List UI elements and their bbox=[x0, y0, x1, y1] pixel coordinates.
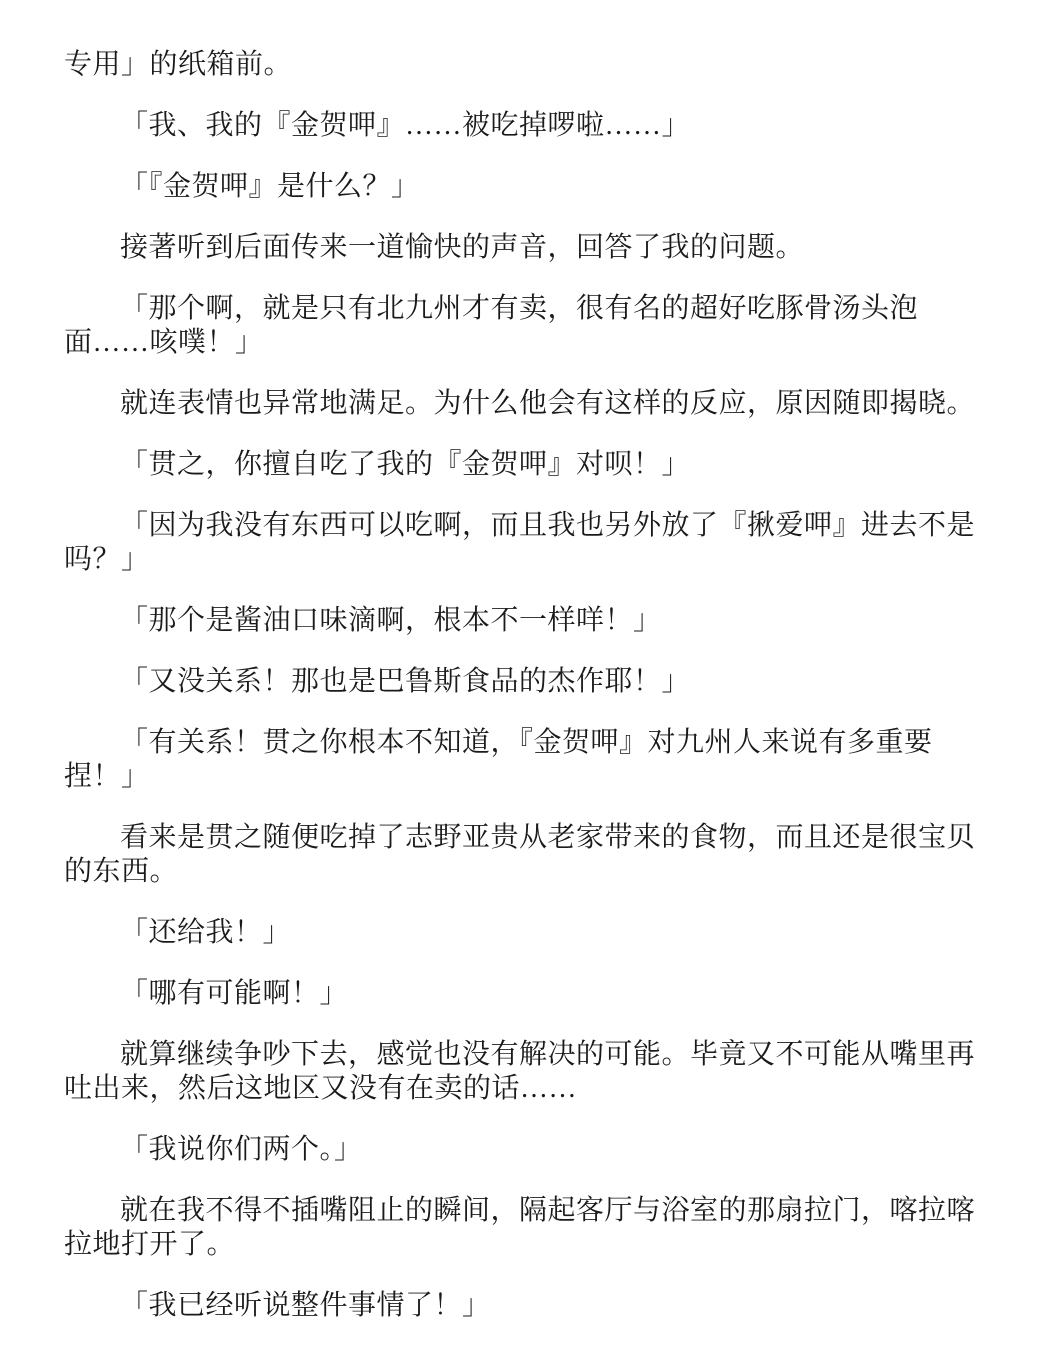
paragraph-continuation: 专用」的纸箱前。 bbox=[64, 48, 990, 82]
paragraph-narration: 看来是贯之随便吃掉了志野亚贵从老家带来的食物，而且还是很宝贝的东西。 bbox=[64, 821, 990, 889]
paragraph-narration: 就连表情也异常地满足。为什么他会有这样的反应，原因随即揭晓。 bbox=[64, 387, 990, 421]
paragraph-dialogue: 「哪有可能啊！」 bbox=[64, 977, 990, 1011]
paragraph-dialogue: 「那个是酱油口味滴啊，根本不一样咩！」 bbox=[64, 604, 990, 638]
paragraph-dialogue: 「我已经听说整件事情了！」 bbox=[64, 1289, 990, 1323]
paragraph-dialogue: 「因为我没有东西可以吃啊，而且我也另外放了『揪爱呷』进去不是吗？」 bbox=[64, 509, 990, 577]
paragraph-narration: 接著听到后面传来一道愉快的声音，回答了我的问题。 bbox=[64, 231, 990, 265]
paragraph-dialogue: 「贯之，你擅自吃了我的『金贺呷』对呗！」 bbox=[64, 448, 990, 482]
novel-page: 专用」的纸箱前。 「我、我的『金贺呷』……被吃掉啰啦……」 「『金贺呷』是什么？… bbox=[0, 0, 1046, 1354]
paragraph-dialogue: 「我、我的『金贺呷』……被吃掉啰啦……」 bbox=[64, 109, 990, 143]
paragraph-dialogue: 「还给我！」 bbox=[64, 916, 990, 950]
paragraph-dialogue: 「有关系！贯之你根本不知道，『金贺呷』对九州人来说有多重要捏！」 bbox=[64, 726, 990, 794]
paragraph-dialogue: 「『金贺呷』是什么？」 bbox=[64, 170, 990, 204]
paragraph-dialogue: 「又没关系！那也是巴鲁斯食品的杰作耶！」 bbox=[64, 665, 990, 699]
paragraph-dialogue: 「我说你们两个。」 bbox=[64, 1133, 990, 1167]
paragraph-dialogue: 「那个啊，就是只有北九州才有卖，很有名的超好吃豚骨汤头泡面……咳噗！」 bbox=[64, 292, 990, 360]
paragraph-narration: 就算继续争吵下去，感觉也没有解决的可能。毕竟又不可能从嘴里再吐出来，然后这地区又… bbox=[64, 1038, 990, 1106]
paragraph-narration: 就在我不得不插嘴阻止的瞬间，隔起客厅与浴室的那扇拉门，喀拉喀拉地打开了。 bbox=[64, 1194, 990, 1262]
